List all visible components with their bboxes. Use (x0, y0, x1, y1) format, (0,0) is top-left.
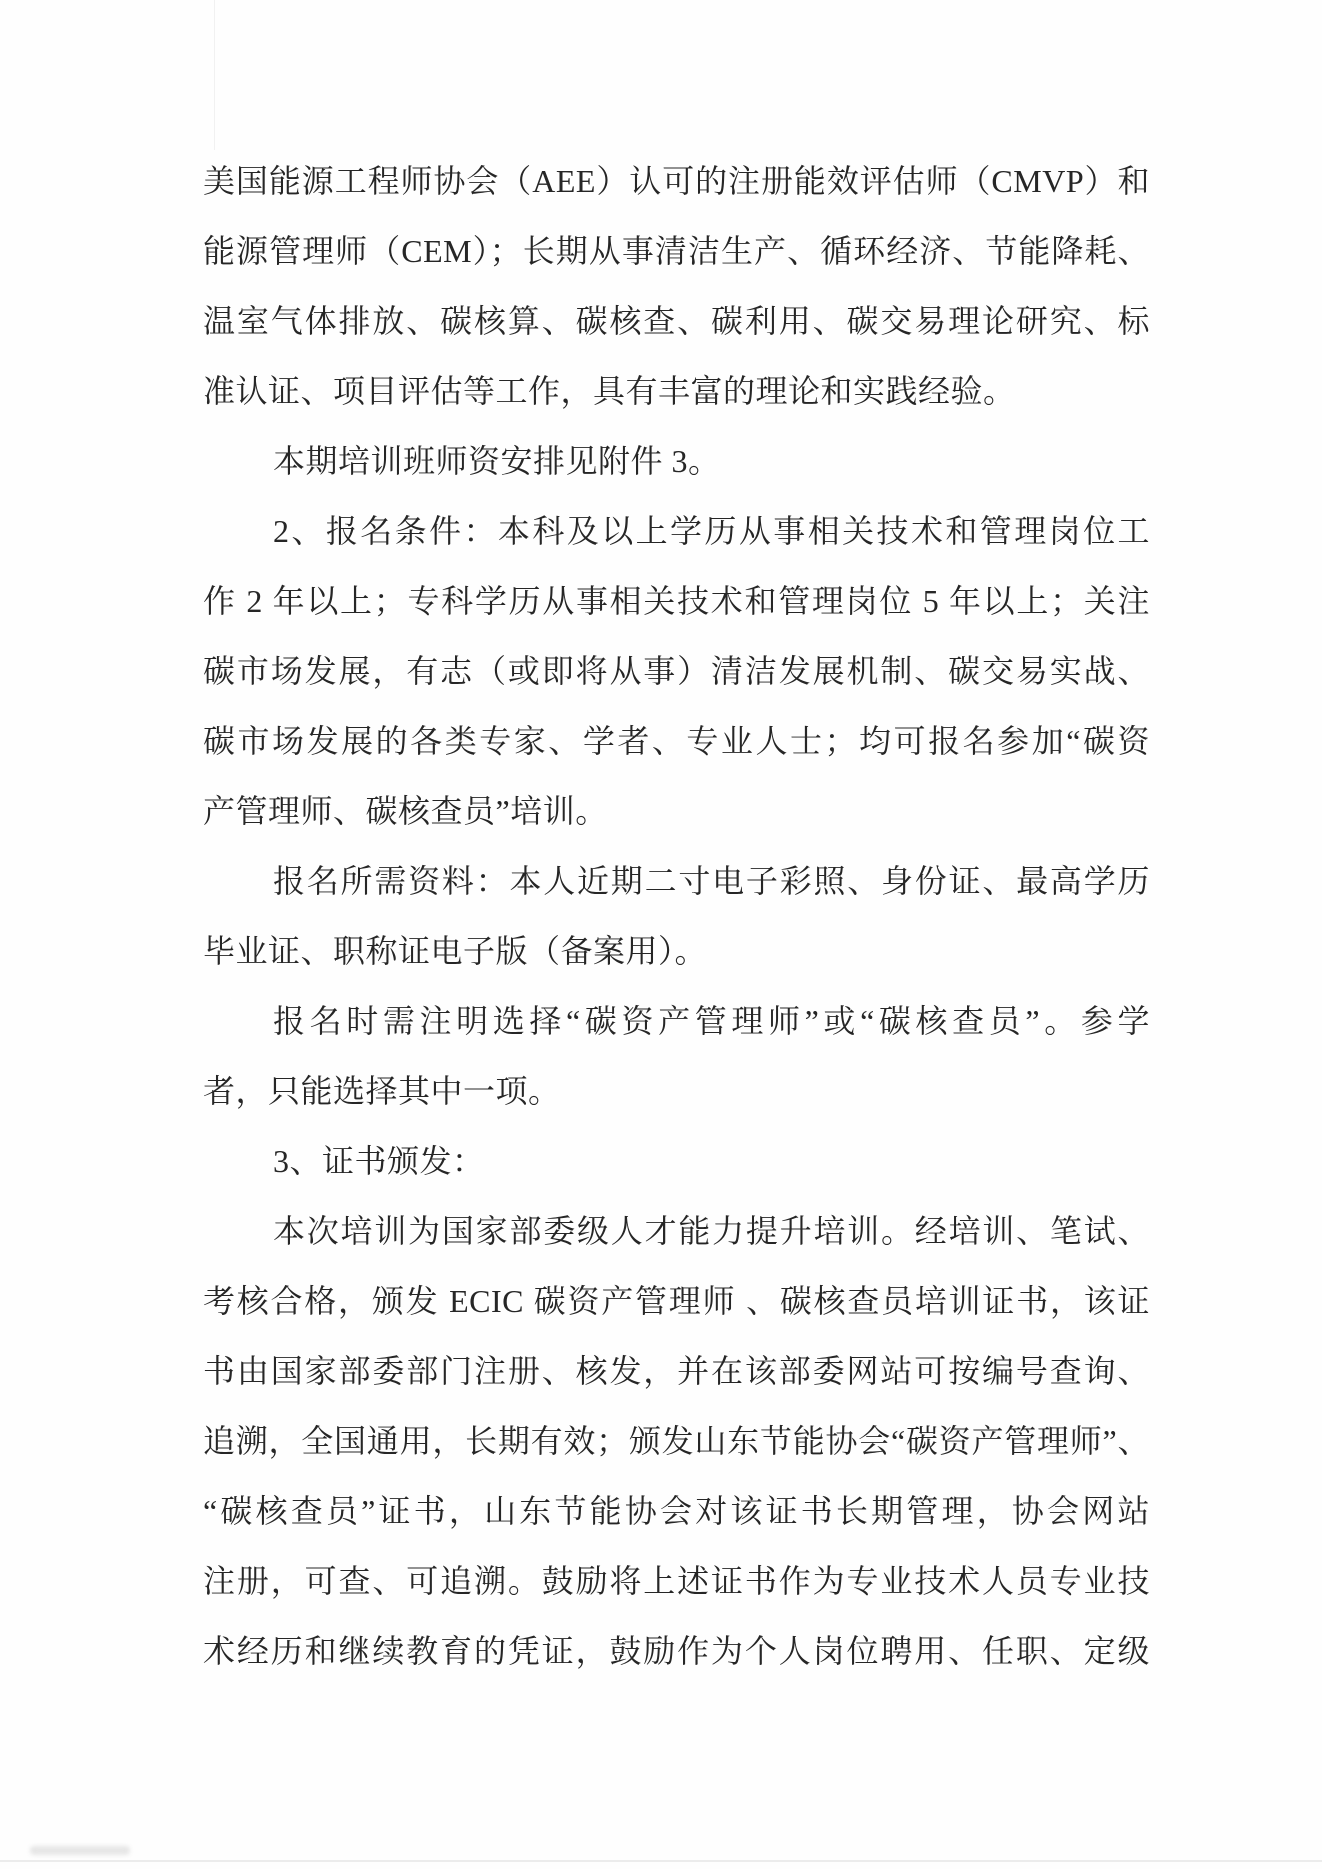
document-line-15: 3、证书颁发： (203, 1126, 1150, 1196)
scan-artifact-smudge (30, 1846, 130, 1855)
document-line-2: 能源管理师（CEM）；长期从事清洁生产、循环经济、节能降耗、 (203, 216, 1150, 286)
document-line-18: 书由国家部委部门注册、核发，并在该部委网站可按编号查询、 (203, 1336, 1150, 1406)
document-line-11: 报名所需资料：本人近期二寸电子彩照、身份证、最高学历 (203, 846, 1150, 916)
document-line-6: 2、报名条件：本科及以上学历从事相关技术和管理岗位工 (203, 496, 1150, 566)
document-line-7: 作 2 年以上；专科学历从事相关技术和管理岗位 5 年以上；关注 (203, 566, 1150, 636)
document-line-16: 本次培训为国家部委级人才能力提升培训。经培训、笔试、 (203, 1196, 1150, 1266)
scan-artifact-bottom-edge (0, 1860, 1322, 1862)
document-line-19: 追溯，全国通用，长期有效；颁发山东节能协会“碳资产管理师”、 (203, 1406, 1150, 1476)
document-line-8: 碳市场发展，有志（或即将从事）清洁发展机制、碳交易实战、 (203, 636, 1150, 706)
scan-artifact-streak (214, 0, 215, 150)
document-line-12: 毕业证、职称证电子版（备案用）。 (203, 916, 1150, 986)
document-line-1: 美国能源工程师协会（AEE）认可的注册能效评估师（CMVP）和 (203, 146, 1150, 216)
document-line-9: 碳市场发展的各类专家、学者、专业人士；均可报名参加“碳资 (203, 706, 1150, 776)
document-line-22: 术经历和继续教育的凭证，鼓励作为个人岗位聘用、任职、定级 (203, 1616, 1150, 1686)
document-line-4: 准认证、项目评估等工作，具有丰富的理论和实践经验。 (203, 356, 1150, 426)
document-line-17: 考核合格，颁发 ECIC 碳资产管理师 、碳核查员培训证书，该证 (203, 1266, 1150, 1336)
document-text-block: 美国能源工程师协会（AEE）认可的注册能效评估师（CMVP）和 能源管理师（CE… (203, 146, 1150, 1686)
document-line-21: 注册，可查、可追溯。鼓励将上述证书作为专业技术人员专业技 (203, 1546, 1150, 1616)
document-line-10: 产管理师、碳核查员”培训。 (203, 776, 1150, 846)
document-line-20: “碳核查员”证书，山东节能协会对该证书长期管理，协会网站 (203, 1476, 1150, 1546)
document-line-3: 温室气体排放、碳核算、碳核查、碳利用、碳交易理论研究、标 (203, 286, 1150, 356)
document-line-14: 者，只能选择其中一项。 (203, 1056, 1150, 1126)
document-line-5: 本期培训班师资安排见附件 3。 (203, 426, 1150, 496)
document-line-13: 报名时需注明选择“碳资产管理师”或“碳核查员”。参学 (203, 986, 1150, 1056)
scanned-page: 美国能源工程师协会（AEE）认可的注册能效评估师（CMVP）和 能源管理师（CE… (0, 0, 1322, 1869)
